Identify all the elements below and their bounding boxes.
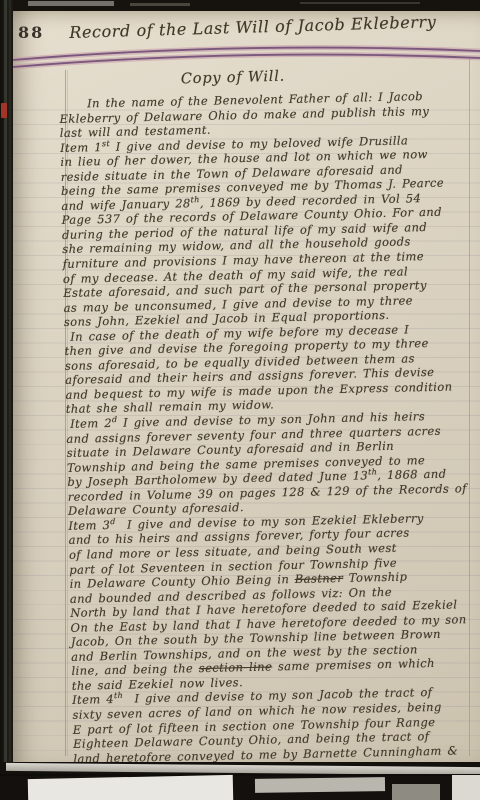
page-edge-block xyxy=(255,777,385,793)
binding-highlight xyxy=(28,1,114,6)
superscript-text: st xyxy=(102,139,110,148)
book-edge-left xyxy=(0,0,13,800)
manuscript-body: In the name of the Benevolent Father of … xyxy=(59,88,480,766)
page-edge-gap xyxy=(0,774,480,776)
page-edge-block xyxy=(452,775,480,800)
cover-stripe xyxy=(4,0,7,800)
superscript-text: d xyxy=(112,415,118,424)
ledger-photo: 88 Record of the Last Will of Jacob Ekle… xyxy=(0,0,480,800)
page-edge-block xyxy=(28,775,233,800)
superscript-text: th xyxy=(191,195,200,204)
red-mark xyxy=(1,103,7,118)
strikethrough-text: section line xyxy=(199,660,273,676)
ledger-page: 88 Record of the Last Will of Jacob Ekle… xyxy=(13,10,480,762)
cover-stripe xyxy=(9,0,11,800)
page-edge-block xyxy=(392,784,440,800)
superscript-text: th xyxy=(368,468,377,477)
superscript-text: th xyxy=(114,691,123,700)
page-number: 88 xyxy=(18,23,44,42)
strikethrough-text: Bastner xyxy=(295,571,344,586)
book-edge-top xyxy=(0,0,480,11)
superscript-text: d xyxy=(110,517,116,526)
section-heading: Copy of Will. xyxy=(123,67,343,89)
binding-shadow xyxy=(130,3,190,6)
page-fore-edges xyxy=(0,762,480,800)
record-title: Record of the Last Will of Jacob Ekleber… xyxy=(69,11,473,42)
binding-shadow xyxy=(300,2,420,4)
